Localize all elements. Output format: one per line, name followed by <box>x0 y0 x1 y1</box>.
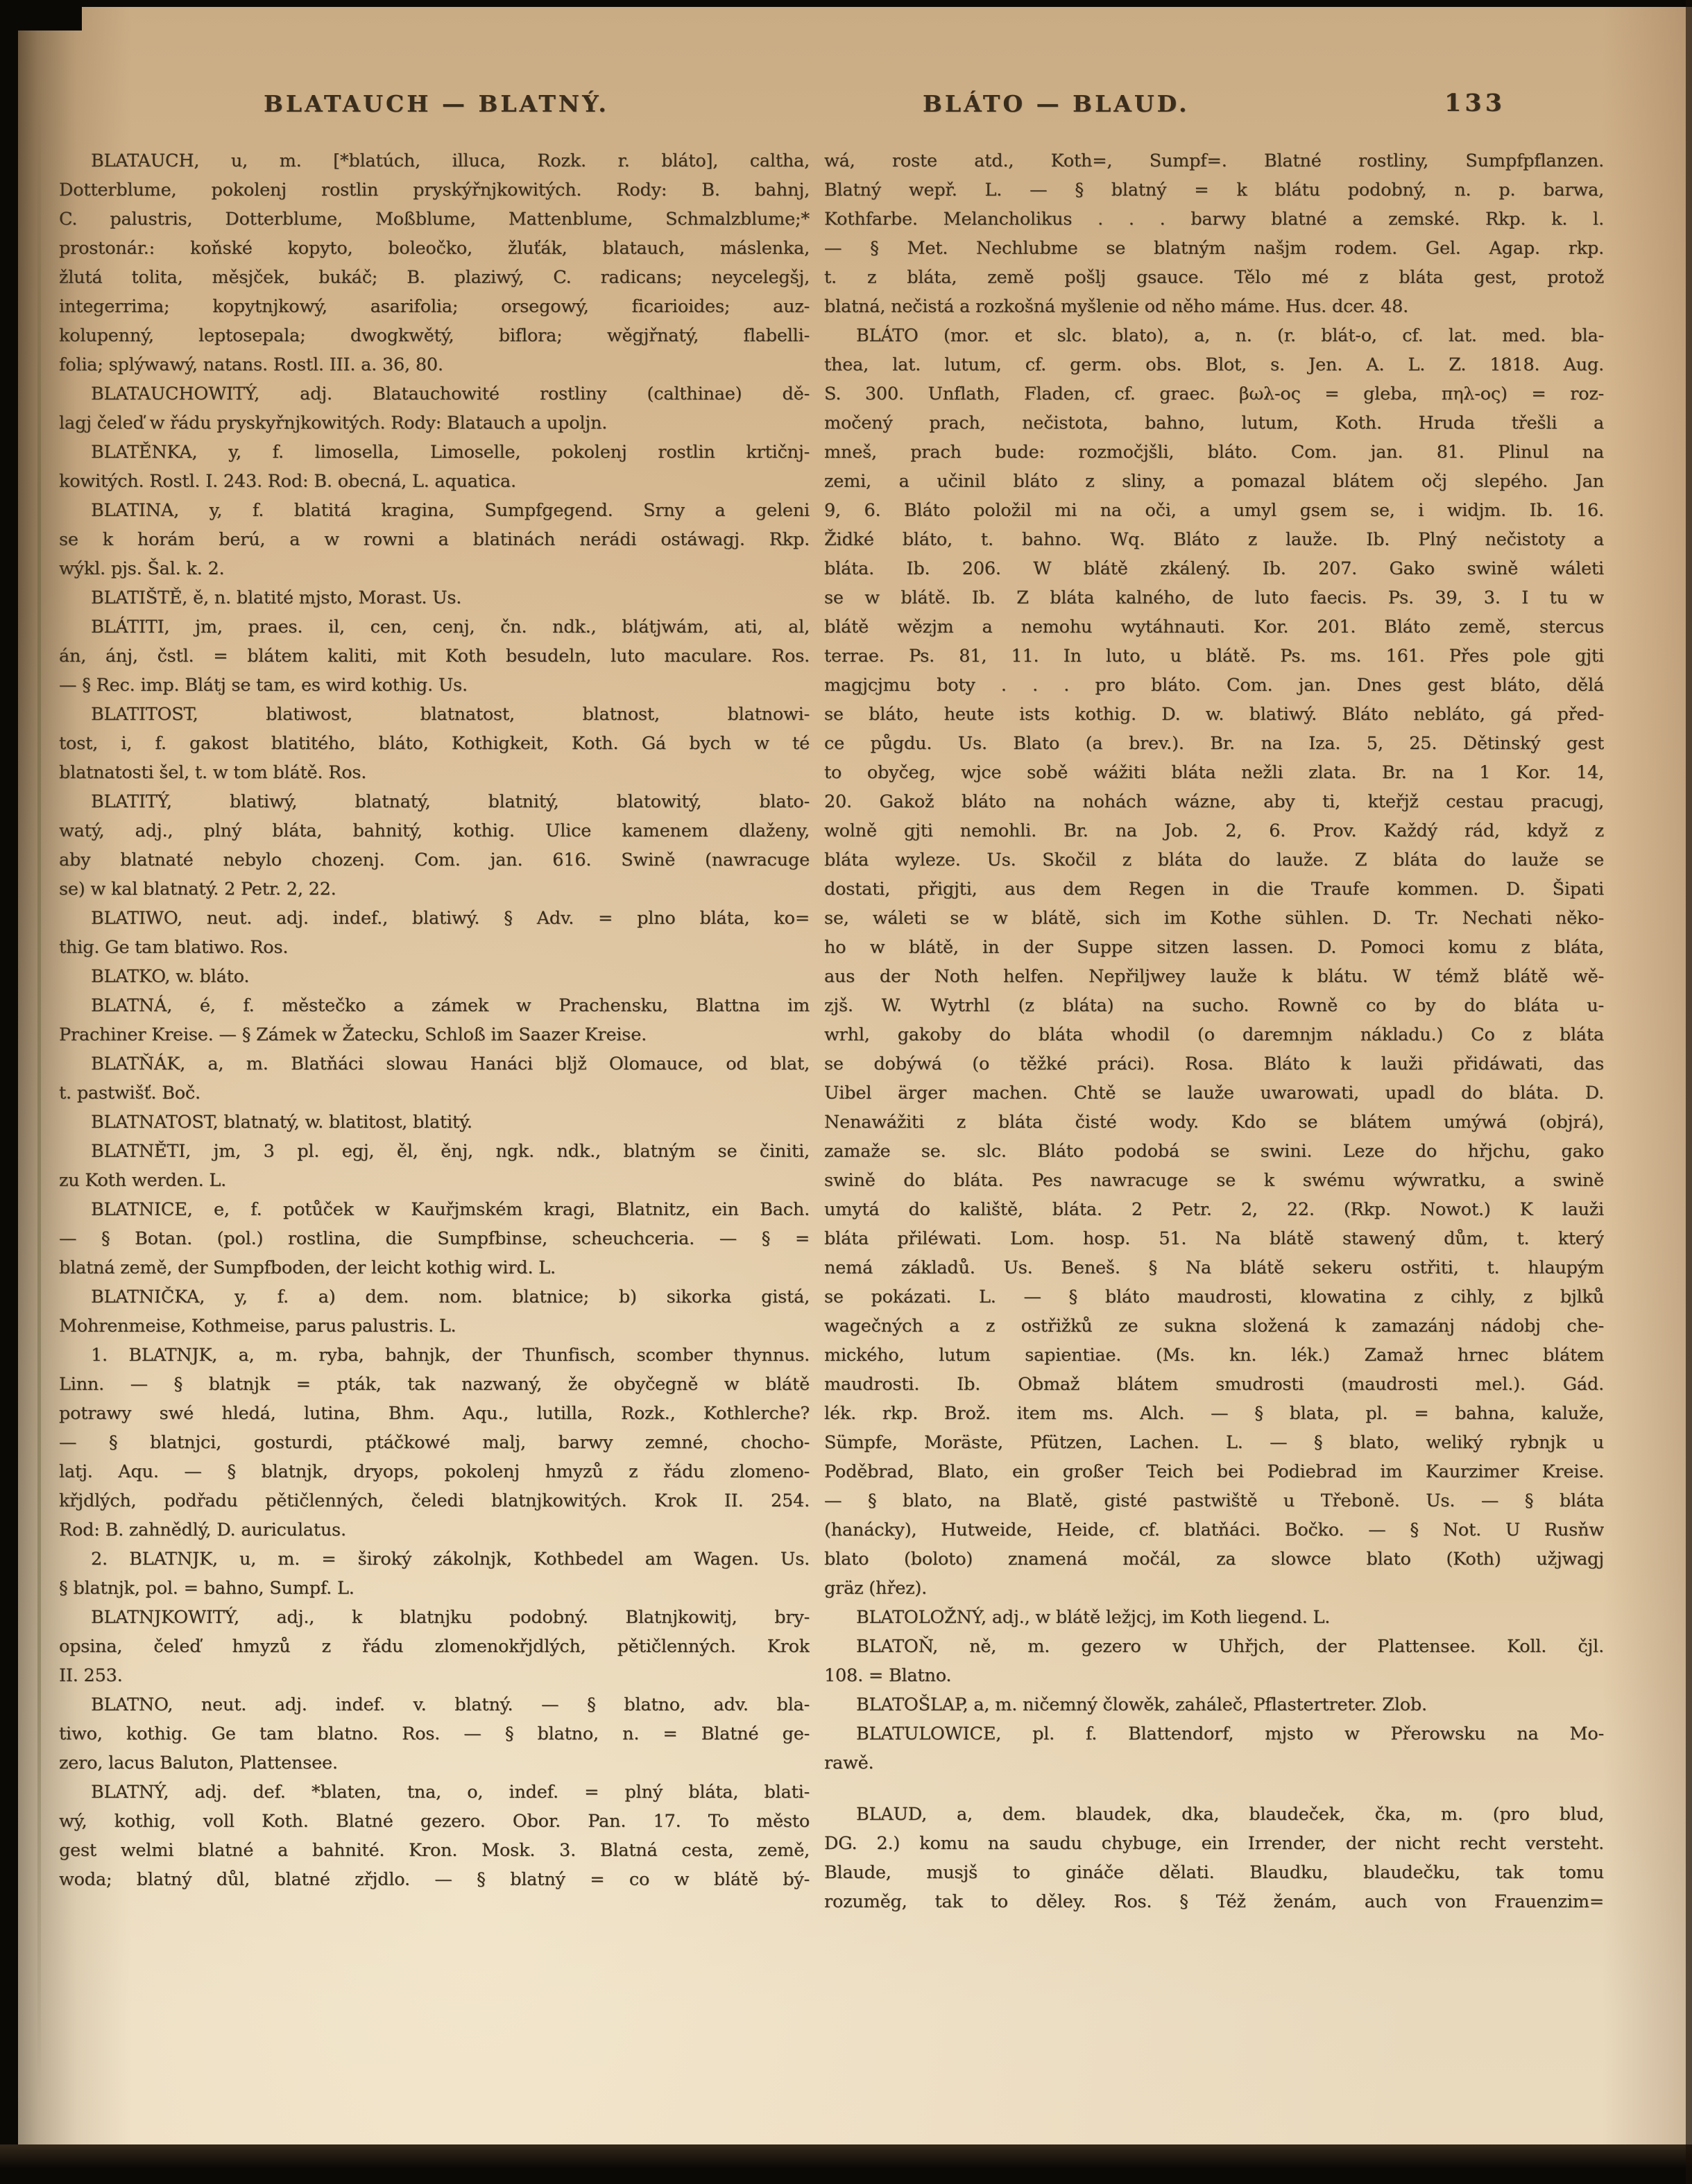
text-line: 2. BLATNJK, u, m. = široký zákolnjk, Kot… <box>59 1545 810 1574</box>
text-line: BLATITÝ, blatiwý, blatnatý, blatnitý, bl… <box>59 787 810 816</box>
text-line: BLATNÁ, é, f. městečko a zámek w Prachen… <box>59 991 810 1020</box>
text-line: wý, kothig, voll Koth. Blatné gezero. Ob… <box>59 1807 810 1836</box>
page-number: 133 <box>1444 89 1505 117</box>
scan-edge-corner <box>0 0 82 31</box>
text-line: folia; splýwawý, natans. Rostl. III. a. … <box>59 350 810 379</box>
running-head-left: BLATAUCH — BLATNÝ. <box>264 90 609 117</box>
text-line: BLATĚNKA, y, f. limosella, Limoselle, po… <box>59 438 810 467</box>
text-line: se w blátě. Ib. Z bláta kalného, de luto… <box>824 583 1604 612</box>
text-line: Dotterblume, pokolenj rostlin pryskýřnjk… <box>59 175 810 205</box>
text-line: žlutá tolita, měsjček, bukáč; B. plaziwý… <box>59 263 810 292</box>
text-line: Nenawážiti z bláta čisté wody. Kdo se bl… <box>824 1108 1604 1137</box>
text-line: Kothfarbe. Melancholikus . . . barwy bla… <box>824 205 1604 234</box>
text-line: Uibel ärger machen. Chtě se lauže uwarow… <box>824 1078 1604 1108</box>
text-line: — § Botan. (pol.) rostlina, die Sumpfbin… <box>59 1224 810 1253</box>
text-line: zu Koth werden. L. <box>59 1166 810 1195</box>
text-line: zamaže se. slc. Bláto podobá se swini. L… <box>824 1137 1604 1166</box>
text-line: Rod: B. zahnědlý, D. auriculatus. <box>59 1515 810 1545</box>
text-line: BLATOŠLAP, a, m. ničemný člowěk, zaháleč… <box>824 1690 1604 1719</box>
text-line: BLATAUCHOWITÝ, adj. Blatauchowité rostli… <box>59 379 810 409</box>
text-line: bláta přiléwati. Lom. hosp. 51. Na blátě… <box>824 1224 1604 1253</box>
text-line: swině do bláta. Pes nawracuge se k swému… <box>824 1166 1604 1195</box>
text-line: potrawy swé hledá, lutina, Bhm. Aqu., lu… <box>59 1399 810 1428</box>
text-line: se pokázati. L. — § bláto maudrosti, klo… <box>824 1282 1604 1312</box>
text-line: woda; blatný důl, blatné zřjdlo. — § bla… <box>59 1865 810 1894</box>
text-line: latj. Aqu. — § blatnjk, dryops, pokolenj… <box>59 1457 810 1486</box>
scan-edge-left <box>0 0 18 2184</box>
text-line: Mohrenmeise, Kothmeise, parus palustris.… <box>59 1312 810 1341</box>
text-line: BLATKO, w. bláto. <box>59 962 810 991</box>
text-line: blatná, nečistá a rozkošná myšlenie od n… <box>824 292 1604 321</box>
text-line: II. 253. <box>59 1661 810 1690</box>
text-line: blátě wězjm a nemohu wytáhnauti. Kor. 20… <box>824 612 1604 642</box>
text-line: mického, lutum sapientiae. (Ms. kn. lék.… <box>824 1341 1604 1370</box>
text-line: (hanácky), Hutweide, Heide, cf. blatňáci… <box>824 1515 1604 1545</box>
text-line: blato (boloto) znamená močál, za slowce … <box>824 1545 1604 1574</box>
text-line: lék. rkp. Brož. item ms. Alch. — § blata… <box>824 1399 1604 1428</box>
text-line: ce půgdu. Us. Blato (a brev.). Br. na Iz… <box>824 729 1604 758</box>
text-line: mneš, prach bude: rozmočjšli, bláto. Com… <box>824 438 1604 467</box>
text-line: 9, 6. Bláto položil mi na oči, a umyl gs… <box>824 496 1604 525</box>
text-line: Blatný wepř. L. — § blatný = k blátu pod… <box>824 175 1604 205</box>
text-line: BLATNICE, e, f. potůček w Kauřjmském kra… <box>59 1195 810 1224</box>
text-line: wá, roste atd., Koth=, Sumpf=. Blatné ro… <box>824 146 1604 175</box>
text-line: Linn. — § blatnjk = pták, tak nazwaný, ž… <box>59 1370 810 1399</box>
text-line: se dobýwá (o těžké práci). Rosa. Bláto k… <box>824 1049 1604 1078</box>
text-line: terrae. Ps. 81, 11. In luto, u blátě. Ps… <box>824 642 1604 671</box>
text-line: magjcjmu boty . . . pro bláto. Com. jan.… <box>824 671 1604 700</box>
text-line: BLÁTITI, jm, praes. il, cen, cenj, čn. n… <box>59 612 810 642</box>
running-head-right: BLÁTO — BLAUD. <box>923 90 1190 117</box>
text-line: Židké bláto, t. bahno. Wq. Bláto z lauže… <box>824 525 1604 554</box>
text-line: BLATITOST, blatiwost, blatnatost, blatno… <box>59 700 810 729</box>
text-line: t. z bláta, země pošlj gsauce. Tělo mé z… <box>824 263 1604 292</box>
text-line: umytá do kaliště, bláta. 2 Petr. 2, 22. … <box>824 1195 1604 1224</box>
text-line: S. 300. Unflath, Fladen, cf. graec. βωλ-… <box>824 379 1604 409</box>
text-line: thig. Ge tam blatiwo. Ros. <box>59 933 810 962</box>
text-line: BLATOLOŽNÝ, adj., w blátě ležjcj, im Kot… <box>824 1603 1604 1632</box>
text-line: se k horám berú, a w rowni a blatinách n… <box>59 525 810 554</box>
text-line: integerrima; kopytnjkowý, asarifolia; or… <box>59 292 810 321</box>
text-line: 108. = Blatno. <box>824 1661 1604 1690</box>
text-line: 20. Gakož bláto na nohách wázne, aby ti,… <box>824 787 1604 816</box>
text-line: wrhl, gakoby do bláta whodil (o daremnjm… <box>824 1020 1604 1049</box>
text-line: močený prach, nečistota, bahno, lutum, K… <box>824 409 1604 438</box>
text-line: wolně gjti nemohli. Br. na Job. 2, 6. Pr… <box>824 816 1604 845</box>
text-line: BLATNĚTI, jm, 3 pl. egj, ěl, ěnj, ngk. n… <box>59 1137 810 1166</box>
text-line: tiwo, kothig. Ge tam blatno. Ros. — § bl… <box>59 1719 810 1748</box>
text-line: dostati, přigjti, aus dem Regen in die T… <box>824 875 1604 904</box>
text-line: lagj čeleď w řádu pryskyřnjkowitých. Rod… <box>59 409 810 438</box>
text-line: wýkl. pjs. Šal. k. 2. <box>59 554 810 583</box>
text-line: § blatnjk, pol. = bahno, Sumpf. L. <box>59 1574 810 1603</box>
text-line: blatná země, der Sumpfboden, der leicht … <box>59 1253 810 1282</box>
text-line: tost, i, f. gakost blatitého, bláto, Kot… <box>59 729 810 758</box>
text-line: bláta wyleze. Us. Skočil z bláta do lauž… <box>824 845 1604 875</box>
text-line: rozuměg, tak to děley. Ros. § Též ženám,… <box>824 1887 1604 1916</box>
text-line: BLATNATOST, blatnatý, w. blatitost, blat… <box>59 1108 810 1137</box>
text-line: BLATULOWICE, pl. f. Blattendorf, mjsto w… <box>824 1719 1604 1748</box>
text-line: aus der Noth helfen. Nepřiljwey lauže k … <box>824 962 1604 991</box>
text-line: wagečných a z ostřižků ze sukna složená … <box>824 1312 1604 1341</box>
dictionary-scan-page: BLATAUCH — BLATNÝ. BLÁTO — BLAUD. 133 BL… <box>0 0 1692 2184</box>
text-line: bláta. Ib. 206. W blátě zkálený. Ib. 207… <box>824 554 1604 583</box>
text-line: to obyčeg, wjce sobě wážiti bláta nežli … <box>824 758 1604 787</box>
text-line: BLATINA, y, f. blatitá kragina, Sumpfgeg… <box>59 496 810 525</box>
text-line: se bláto, heute ists kothig. D. w. blati… <box>824 700 1604 729</box>
text-line: maudrosti. Ib. Obmaž blátem smudrosti (m… <box>824 1370 1604 1399</box>
text-line: BLATOŇ, ně, m. gezero w Uhřjch, der Plat… <box>824 1632 1604 1661</box>
text-line: — § Met. Nechlubme se blatným našjm rode… <box>824 234 1604 263</box>
text-line: nemá základů. Us. Beneš. § Na blátě seke… <box>824 1253 1604 1282</box>
text-line: BLATNJKOWITÝ, adj., k blatnjku podobný. … <box>59 1603 810 1632</box>
text-line: BLATIŠTĚ, ě, n. blatité mjsto, Morast. U… <box>59 583 810 612</box>
gutter-crease <box>37 83 41 2095</box>
text-line: opsina, čeleď hmyzů z řádu zlomenokřjdlý… <box>59 1632 810 1661</box>
text-line: Blaude, musjš to gináče dělati. Blaudku,… <box>824 1858 1604 1887</box>
text-line: rawě. <box>824 1748 1604 1778</box>
text-line: Poděbrad, Blato, ein großer Teich bei Po… <box>824 1457 1604 1486</box>
text-line: BLATŇÁK, a, m. Blatňáci slowau Hanáci bl… <box>59 1049 810 1078</box>
text-line: — § Rec. imp. Blátj se tam, es wird koth… <box>59 671 810 700</box>
text-column-left: BLATAUCH, u, m. [*blatúch, illuca, Rozk.… <box>59 146 810 1894</box>
text-line: — § blatnjci, gosturdi, ptáčkowé malj, b… <box>59 1428 810 1457</box>
text-line: BLATAUCH, u, m. [*blatúch, illuca, Rozk.… <box>59 146 810 175</box>
text-line: 1. BLATNJK, a, m. ryba, bahnjk, der Thun… <box>59 1341 810 1370</box>
text-line: zero, lacus Baluton, Plattensee. <box>59 1748 810 1778</box>
scan-edge-top <box>0 0 1692 7</box>
text-line: kowitých. Rostl. I. 243. Rod: B. obecná,… <box>59 467 810 496</box>
scan-edge-bottom <box>0 2144 1692 2184</box>
text-line: blatnatosti šel, t. w tom blátě. Ros. <box>59 758 810 787</box>
scan-edge-right <box>1686 0 1692 2184</box>
text-line: zjš. W. Wytrhl (z bláta) na sucho. Rowně… <box>824 991 1604 1020</box>
text-line: BLATNIČKA, y, f. a) dem. nom. blatnice; … <box>59 1282 810 1312</box>
text-line: aby blatnaté nebylo chozenj. Com. jan. 6… <box>59 845 810 875</box>
text-line: BLATNÝ, adj. def. *blaten, tna, o, indef… <box>59 1778 810 1807</box>
text-line: ho w blátě, in der Suppe sitzen lassen. … <box>824 933 1604 962</box>
text-line: t. pastwišť. Boč. <box>59 1078 810 1108</box>
text-line: BLÁTO (mor. et slc. blato), a, n. (r. bl… <box>824 321 1604 350</box>
text-line: thea, lat. lutum, cf. germ. obs. Blot, s… <box>824 350 1604 379</box>
text-line: gräz (hřez). <box>824 1574 1604 1603</box>
text-line: watý, adj., plný bláta, bahnitý, kothig.… <box>59 816 810 845</box>
text-line: — § blato, na Blatě, gisté pastwiště u T… <box>824 1486 1604 1515</box>
text-column-right: wá, roste atd., Koth=, Sumpf=. Blatné ro… <box>824 146 1604 1916</box>
text-line: prostonár.: koňské kopyto, boleočko, žlu… <box>59 234 810 263</box>
text-line: zemi, a učinil bláto z sliny, a pomazal … <box>824 467 1604 496</box>
text-line: křjdlých, podřadu pětičlenných, čeledi b… <box>59 1486 810 1515</box>
text-line: BLATIWO, neut. adj. indef., blatiwý. § A… <box>59 904 810 933</box>
text-line: C. palustris, Dotterblume, Moßblume, Mat… <box>59 205 810 234</box>
text-line: Prachiner Kreise. — § Zámek w Žatecku, S… <box>59 1020 810 1049</box>
text-line: se, wáleti se w blátě, sich im Kothe süh… <box>824 904 1604 933</box>
text-line: Sümpfe, Moräste, Pfützen, Lachen. L. — §… <box>824 1428 1604 1457</box>
text-line: BLAUD, a, dem. blaudek, dka, blaudeček, … <box>824 1800 1604 1829</box>
text-line: BLATNO, neut. adj. indef. v. blatný. — §… <box>59 1690 810 1719</box>
text-line: se) w kal blatnatý. 2 Petr. 2, 22. <box>59 875 810 904</box>
text-line: án, ánj, čstl. = blátem kaliti, mit Koth… <box>59 642 810 671</box>
text-line: gest welmi blatné a bahnité. Kron. Mosk.… <box>59 1836 810 1865</box>
text-line: DG. 2.) komu na saudu chybuge, ein Irren… <box>824 1829 1604 1858</box>
text-line: kolupenný, leptosepala; dwogkwětý, biflo… <box>59 321 810 350</box>
